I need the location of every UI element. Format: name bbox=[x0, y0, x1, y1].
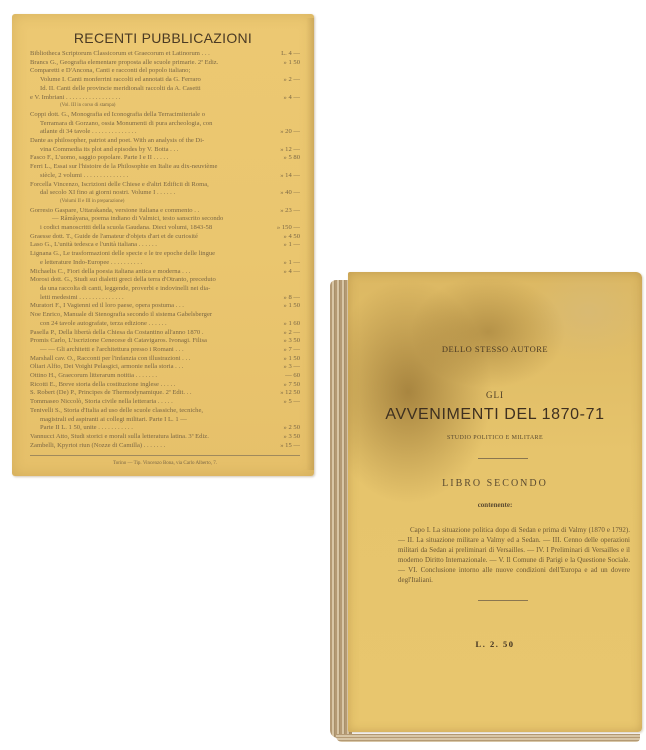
publication-entry: Gorresio Gaspare, Uttarakanda, versione … bbox=[30, 207, 300, 216]
publication-entry: Terramara di Gorzano, ossia Monumenti di… bbox=[30, 120, 300, 129]
publication-text: dal secolo XI fino ai giorni nostri. Vol… bbox=[30, 189, 270, 198]
book-subtitle: STUDIO POLITICO E MILITARE bbox=[348, 435, 642, 441]
publication-text: e letterature Indo-Europee . . . . . . .… bbox=[30, 259, 270, 268]
publication-price: » 3 50 bbox=[270, 433, 300, 442]
publication-entry: Lignana G., Le trasformazioni delle spec… bbox=[30, 250, 300, 259]
publication-text: Morosi dott. G., Studi sui dialetti grec… bbox=[30, 276, 270, 285]
publication-price bbox=[270, 181, 300, 190]
publication-price bbox=[270, 137, 300, 146]
publication-price: » 2 — bbox=[270, 329, 300, 338]
publication-entry: con 24 tavole autografate, terza edizion… bbox=[30, 320, 300, 329]
publication-entry: Id. II. Canti delle provincie meridional… bbox=[30, 85, 300, 94]
publication-text: i codici manoscritti della scuola Gaudan… bbox=[30, 224, 270, 233]
publication-entry: Tommaseo Niccolò, Storia civile nella le… bbox=[30, 398, 300, 407]
publication-price: » 1 — bbox=[270, 259, 300, 268]
publication-entry: magistrali ed aspiranti ai collegi milit… bbox=[30, 416, 300, 425]
publication-entry: (Vol. III in corso di stampa) bbox=[30, 102, 300, 111]
publication-text: Coppi dott. G., Monografia ed Iconografi… bbox=[30, 111, 270, 120]
publication-price bbox=[270, 215, 300, 224]
publication-entry: Promis Carlo, L'iscrizione Cenecese di C… bbox=[30, 337, 300, 346]
publication-text: letti medesimi . . . . . . . . . . . . .… bbox=[30, 294, 270, 303]
publication-entry: Zambelli, Kpyrtoi riun (Nozze di Camilla… bbox=[30, 442, 300, 451]
publication-entry: S. Robert (De) P., Principes de Thermody… bbox=[30, 389, 300, 398]
publication-text: Terramara di Gorzano, ossia Monumenti di… bbox=[30, 120, 270, 129]
publication-price: L. 4 — bbox=[270, 50, 300, 59]
publication-text: Tenivelli S., Storia d'Italia ad uso del… bbox=[30, 407, 270, 416]
publication-entry: Coppi dott. G., Monografia ed Iconografi… bbox=[30, 111, 300, 120]
publication-text: e V. Imbriani . . . . . . . . . . . . . … bbox=[30, 94, 270, 103]
front-cover: DELLO STESSO AUTORE GLI AVVENIMENTI DEL … bbox=[348, 272, 642, 732]
publication-entry: — Râmâyana, poema indiano di Valmici, te… bbox=[30, 215, 300, 224]
publication-text: Tommaseo Niccolò, Storia civile nella le… bbox=[30, 398, 270, 407]
publication-price: » 3 — bbox=[270, 363, 300, 372]
contents-label: contenente: bbox=[348, 501, 642, 509]
publication-text: atlante di 34 tavole . . . . . . . . . .… bbox=[30, 128, 270, 137]
pre-title: GLI bbox=[348, 390, 642, 400]
back-cover-book: RECENTI PUBBLICAZIONI Bibliotheca Script… bbox=[12, 14, 314, 476]
publication-list: Bibliotheca Scriptorum Classicorum et Gr… bbox=[30, 50, 300, 469]
divider bbox=[30, 455, 300, 456]
publication-text: Ottino H., Graecorum litterarum notitia … bbox=[30, 372, 270, 381]
publication-text: siècle, 2 volumi . . . . . . . . . . . .… bbox=[30, 172, 270, 181]
publication-entry: letti medesimi . . . . . . . . . . . . .… bbox=[30, 294, 300, 303]
publication-price: » 1 50 bbox=[270, 355, 300, 364]
publication-text: magistrali ed aspiranti ai collegi milit… bbox=[30, 416, 270, 425]
page-edges-bottom bbox=[336, 734, 640, 742]
publication-text: Bibliotheca Scriptorum Classicorum et Gr… bbox=[30, 50, 270, 59]
publication-entry: Ottino H., Graecorum litterarum notitia … bbox=[30, 372, 300, 381]
back-cover-title: RECENTI PUBBLICAZIONI bbox=[12, 30, 314, 46]
publication-text: (Volumi II e III in preparazione) bbox=[30, 198, 270, 207]
divider bbox=[478, 458, 528, 459]
publication-entry: Ferri L., Essai sur l'histoire de la Phi… bbox=[30, 163, 300, 172]
author-line: DELLO STESSO AUTORE bbox=[348, 344, 642, 354]
publication-text: Fasco F., L'uomo, saggio popolare. Parte… bbox=[30, 154, 270, 163]
publication-entry: Noe Enrico, Manuale di Stenografia secon… bbox=[30, 311, 300, 320]
publication-price bbox=[270, 163, 300, 172]
publication-price: » 1 — bbox=[270, 241, 300, 250]
book-title: AVVENIMENTI DEL 1870-71 bbox=[348, 406, 642, 424]
publication-text: Ricotti E., Breve storia della costituzi… bbox=[30, 381, 270, 390]
publication-entry: Forcella Vincenzo, Iscrizioni delle Chie… bbox=[30, 181, 300, 190]
publication-entry: vina Commedia its plot and episodes by V… bbox=[30, 146, 300, 155]
publication-price: » 20 — bbox=[270, 128, 300, 137]
publication-text: — Râmâyana, poema indiano di Valmici, te… bbox=[30, 215, 270, 224]
publication-price bbox=[270, 67, 300, 76]
publication-price: » 12 50 bbox=[270, 389, 300, 398]
publication-price: » 3 50 bbox=[270, 337, 300, 346]
publication-entry: Vannucci Atto, Studi storici e morali su… bbox=[30, 433, 300, 442]
publication-entry: Marshall cav. O., Racconti per l'infanzi… bbox=[30, 355, 300, 364]
publication-text: Ferri L., Essai sur l'histoire de la Phi… bbox=[30, 163, 270, 172]
publication-entry: (Volumi II e III in preparazione) bbox=[30, 198, 300, 207]
publication-entry: e letterature Indo-Europee . . . . . . .… bbox=[30, 259, 300, 268]
publication-text: Graesse dott. T., Guide de l'amateur d'o… bbox=[30, 233, 270, 242]
publication-price: » 5 80 bbox=[270, 154, 300, 163]
publication-price bbox=[270, 198, 300, 207]
publication-text: — — Gli architetti e l'architettura pres… bbox=[30, 346, 270, 355]
publication-text: S. Robert (De) P., Principes de Thermody… bbox=[30, 389, 270, 398]
publication-price: » 4 50 bbox=[270, 233, 300, 242]
publication-entry: Ricotti E., Breve storia della costituzi… bbox=[30, 381, 300, 390]
publication-price bbox=[270, 250, 300, 259]
publication-text: da una raccolta di canti, leggende, prov… bbox=[30, 285, 270, 294]
publication-entry: Pasella P., Della libertà della Chiesa d… bbox=[30, 329, 300, 338]
publication-price: » 7 50 bbox=[270, 381, 300, 390]
publication-text: Michaelis C., Fiori della poesia italian… bbox=[30, 268, 270, 277]
publication-text: Vannucci Atto, Studi storici e morali su… bbox=[30, 433, 270, 442]
publication-price bbox=[270, 276, 300, 285]
publication-price bbox=[270, 102, 300, 111]
publication-entry: Muratori F., I Vagienni ed il loro paese… bbox=[30, 302, 300, 311]
publication-price bbox=[270, 285, 300, 294]
publication-text: Dante as philosopher, patriot and poet. … bbox=[30, 137, 270, 146]
publication-entry: da una raccolta di canti, leggende, prov… bbox=[30, 285, 300, 294]
publication-price: » 1 60 bbox=[270, 320, 300, 329]
publication-entry: dal secolo XI fino ai giorni nostri. Vol… bbox=[30, 189, 300, 198]
publication-price: » 150 — bbox=[270, 224, 300, 233]
publication-entry: Oliari Alfio, Dei Voighi Pelasgici, armo… bbox=[30, 363, 300, 372]
publication-text: Gorresio Gaspare, Uttarakanda, versione … bbox=[30, 207, 270, 216]
publication-entry: siècle, 2 volumi . . . . . . . . . . . .… bbox=[30, 172, 300, 181]
publication-price: » 14 — bbox=[270, 172, 300, 181]
publication-price: » 12 — bbox=[270, 146, 300, 155]
publication-entry: Tenivelli S., Storia d'Italia ad uso del… bbox=[30, 407, 300, 416]
publication-price: » 5 — bbox=[270, 398, 300, 407]
divider bbox=[478, 600, 528, 601]
publication-price bbox=[270, 111, 300, 120]
publication-text: Zambelli, Kpyrtoi riun (Nozze di Camilla… bbox=[30, 442, 270, 451]
publication-text: Noe Enrico, Manuale di Stenografia secon… bbox=[30, 311, 270, 320]
publication-text: Oliari Alfio, Dei Voighi Pelasgici, armo… bbox=[30, 363, 270, 372]
publication-entry: Volume I. Canti monferrini raccolti ed a… bbox=[30, 76, 300, 85]
publication-entry: Morosi dott. G., Studi sui dialetti grec… bbox=[30, 276, 300, 285]
contents-text: Capo I. La situazione politica dopo di S… bbox=[398, 525, 630, 585]
publication-price: » 23 — bbox=[270, 207, 300, 216]
publication-price bbox=[270, 311, 300, 320]
publication-entry: Brancs G., Geografia elementare proposta… bbox=[30, 59, 300, 68]
publication-text: Pasella P., Della libertà della Chiesa d… bbox=[30, 329, 270, 338]
publication-price bbox=[270, 407, 300, 416]
publication-price: » 2 50 bbox=[270, 424, 300, 433]
publication-price: » 7 — bbox=[270, 346, 300, 355]
publication-text: Brancs G., Geografia elementare proposta… bbox=[30, 59, 270, 68]
publication-entry: Comparetti e D'Ancona, Canti e racconti … bbox=[30, 67, 300, 76]
publication-entry: Parte II L. 1 50, unite . . . . . . . . … bbox=[30, 424, 300, 433]
publication-entry: Laso G., L'unità tedesca e l'unità itali… bbox=[30, 241, 300, 250]
publication-price: — 60 bbox=[270, 372, 300, 381]
publication-entry: i codici manoscritti della scuola Gaudan… bbox=[30, 224, 300, 233]
book-price: L. 2. 50 bbox=[348, 639, 642, 649]
publication-entry: atlante di 34 tavole . . . . . . . . . .… bbox=[30, 128, 300, 137]
publication-entry: Graesse dott. T., Guide de l'amateur d'o… bbox=[30, 233, 300, 242]
printer-imprint: Torino — Tip. Vincenzo Bona, via Carlo A… bbox=[30, 460, 300, 469]
publication-price: » 8 — bbox=[270, 294, 300, 303]
publication-text: Muratori F., I Vagienni ed il loro paese… bbox=[30, 302, 270, 311]
publication-text: Laso G., L'unità tedesca e l'unità itali… bbox=[30, 241, 270, 250]
publication-text: con 24 tavole autografate, terza edizion… bbox=[30, 320, 270, 329]
publication-price bbox=[270, 416, 300, 425]
publication-price: » 4 — bbox=[270, 268, 300, 277]
publication-entry: Fasco F., L'uomo, saggio popolare. Parte… bbox=[30, 154, 300, 163]
publication-text: Promis Carlo, L'iscrizione Cenecese di C… bbox=[30, 337, 270, 346]
publication-text: Id. II. Canti delle provincie meridional… bbox=[30, 85, 270, 94]
publication-entry: e V. Imbriani . . . . . . . . . . . . . … bbox=[30, 94, 300, 103]
publication-entry: Dante as philosopher, patriot and poet. … bbox=[30, 137, 300, 146]
publication-text: Comparetti e D'Ancona, Canti e racconti … bbox=[30, 67, 270, 76]
publication-price: » 1 50 bbox=[270, 302, 300, 311]
publication-price: » 40 — bbox=[270, 189, 300, 198]
publication-text: vina Commedia its plot and episodes by V… bbox=[30, 146, 270, 155]
publication-price bbox=[270, 120, 300, 129]
publication-text: Marshall cav. O., Racconti per l'infanzi… bbox=[30, 355, 270, 364]
publication-entry: — — Gli architetti e l'architettura pres… bbox=[30, 346, 300, 355]
publication-text: (Vol. III in corso di stampa) bbox=[30, 102, 270, 111]
publication-text: Parte II L. 1 50, unite . . . . . . . . … bbox=[30, 424, 270, 433]
front-cover-book: DELLO STESSO AUTORE GLI AVVENIMENTI DEL … bbox=[330, 272, 642, 742]
publication-text: Lignana G., Le trasformazioni delle spec… bbox=[30, 250, 270, 259]
publication-text: Volume I. Canti monferrini raccolti ed a… bbox=[30, 76, 270, 85]
publication-entry: Bibliotheca Scriptorum Classicorum et Gr… bbox=[30, 50, 300, 59]
publication-price bbox=[270, 85, 300, 94]
publication-price: » 15 — bbox=[270, 442, 300, 451]
publication-text: Forcella Vincenzo, Iscrizioni delle Chie… bbox=[30, 181, 270, 190]
book-volume: LIBRO SECONDO bbox=[348, 478, 642, 489]
publication-price: » 1 50 bbox=[270, 59, 300, 68]
publication-entry: Michaelis C., Fiori della poesia italian… bbox=[30, 268, 300, 277]
publication-price: » 2 — bbox=[270, 76, 300, 85]
publication-price: » 4 — bbox=[270, 94, 300, 103]
